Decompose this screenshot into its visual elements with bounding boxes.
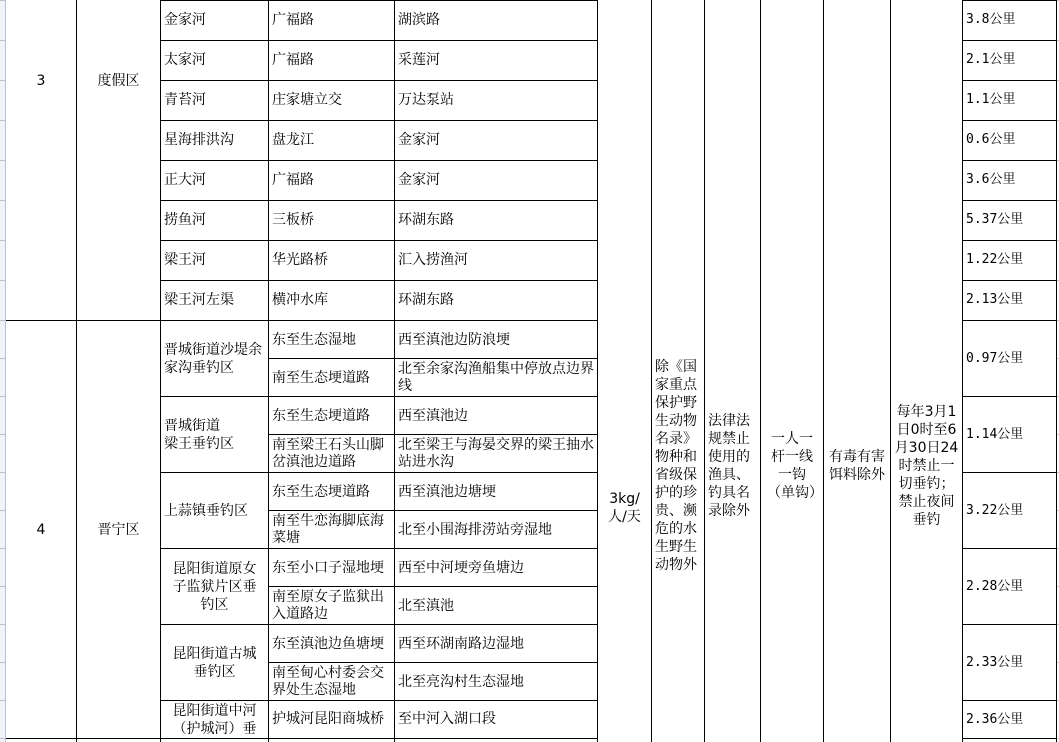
length[interactable]: 2.1公里 [963,40,1056,80]
river-name[interactable]: 星海排洪沟 [161,120,268,160]
fishing-area-name[interactable]: 上蒜镇垂钓区 [161,473,268,549]
bound-west-north[interactable]: 北至余家沟渔船集中停放点边界线 [395,359,597,397]
grid-line [160,624,597,625]
grid-line [597,0,598,742]
grid-line [160,700,597,701]
end-point[interactable]: 环湖东路 [395,200,597,240]
fishing-area-name[interactable]: 昆阳街道原女子监狱片区垂钓区 [161,549,268,625]
bound-west-north[interactable]: 北至亮沟村生态湿地 [395,663,597,701]
bound-east-south[interactable]: 南至原女子监狱出入道路边 [269,587,394,625]
row-header-divider [0,0,5,1]
river-name[interactable]: 金家河 [161,0,268,40]
end-point[interactable]: 万达泵站 [395,80,597,120]
grid-line [651,0,652,742]
row-header-divider [0,548,5,549]
grid-line [394,0,395,742]
grid-line [962,120,1057,121]
row-header-divider [0,396,5,397]
end-point[interactable]: 金家河 [395,120,597,160]
bound-east-south[interactable]: 东至滇池边鱼塘埂 [269,625,394,663]
grid-line [890,0,891,742]
grid-line [962,160,1057,161]
bound-west-north[interactable]: 西至中河埂旁鱼塘边 [395,549,597,587]
length[interactable]: 2.28公里 [963,549,1056,625]
end-point[interactable]: 金家河 [395,160,597,200]
end-point[interactable]: 湖滨路 [395,0,597,40]
bound-east-south[interactable]: 南至牛恋海脚底海菜塘 [269,511,394,549]
grid-line [160,396,597,397]
row-header-divider [0,738,5,739]
grid-line [962,700,1057,701]
bound-east-south[interactable]: 东至生态埂道路 [269,473,394,511]
end-point[interactable]: 环湖东路 [395,280,597,320]
grid-line [962,40,1057,41]
bound-west-north[interactable]: 至中河入湖口段 [395,701,597,738]
grid-line [962,396,1057,397]
grid-line [962,548,1057,549]
length[interactable]: 1.22公里 [963,240,1056,280]
bound-west-north[interactable]: 西至滇池边 [395,397,597,435]
row-header-divider [0,280,5,281]
grid-line [160,160,597,161]
length[interactable]: 2.33公里 [963,625,1056,701]
grid-line [962,0,963,742]
grid-line [160,472,597,473]
grid-line [6,738,597,739]
length[interactable]: 0.97公里 [963,321,1056,397]
length[interactable]: 2.13公里 [963,280,1056,320]
grid-line [160,80,597,81]
grid-line [268,0,269,742]
length[interactable]: 1.1公里 [963,80,1056,120]
row-header-divider [0,472,5,473]
row-header-divider [0,700,5,701]
start-point[interactable]: 庄家塘立交 [269,80,394,120]
river-name[interactable]: 青苔河 [161,80,268,120]
group-index: 4 [6,321,76,738]
row-header-divider [0,320,5,321]
row-header-divider [0,358,5,359]
season-rule: 每年3月1日0时至6月30日24时禁止一切垂钓；禁止夜间垂钓 [891,0,962,742]
grid-line [160,548,597,549]
length[interactable]: 2.36公里 [963,701,1056,738]
river-name[interactable]: 梁王河 [161,240,268,280]
start-point[interactable]: 广福路 [269,40,394,80]
district-name: 度假区 [77,0,160,162]
grid-line [962,280,1057,281]
grid-line [704,0,705,742]
grid-line [962,240,1057,241]
bound-west-north[interactable]: 北至滇池 [395,587,597,625]
fishing-area-name[interactable]: 昆阳街道古城垂钓区 [161,625,268,701]
grid-line [160,240,597,241]
grid-line [268,662,597,663]
group-index: 3 [6,0,76,162]
grid-line [6,320,597,321]
grid-line [160,280,597,281]
protected-species-rule: 除《国家重点保护野生动物名录》物种和省级保护的珍贵、濒危的水生野生动物外 [652,0,704,742]
bound-east-south[interactable]: 南至甸心村委会交界处生态湿地 [269,663,394,701]
row-header-divider [0,240,5,241]
length[interactable]: 3.6公里 [963,160,1056,200]
bait-rule: 有毒有害饵料除外 [824,0,890,742]
grid-line [962,738,1057,739]
start-point[interactable]: 三板桥 [269,200,394,240]
fishing-area-name[interactable]: 晋城街道 梁王垂钓区 [161,397,268,473]
length[interactable]: 0.6公里 [963,120,1056,160]
grid-line [962,472,1057,473]
length[interactable]: 3.8公里 [963,0,1056,40]
start-point[interactable]: 盘龙江 [269,120,394,160]
row-header-divider [0,624,5,625]
grid-line [962,80,1057,81]
grid-line [962,0,1057,1]
bound-west-north[interactable]: 北至小围海排涝站旁湿地 [395,511,597,549]
length[interactable]: 5.37公里 [963,200,1056,240]
grid-line [962,200,1057,201]
bound-west-north[interactable]: 西至环湖南路边湿地 [395,625,597,663]
start-point[interactable]: 广福路 [269,0,394,40]
gear-rule: 法律法规禁止使用的渔具、钓具名录除外 [705,0,760,742]
bound-east-south[interactable]: 护城河昆阳商城桥 [269,701,394,738]
rod-rule: 一人一杆一线一钩（单钩） [761,0,823,742]
bound-east-south[interactable]: 南至生态埂道路 [269,359,394,397]
bound-east-south[interactable]: 东至生态埂道路 [269,397,394,435]
grid-line [160,0,597,1]
bound-west-north[interactable]: 北至梁王与海晏交界的梁王抽水站进水沟 [395,435,597,473]
row-header-divider [0,160,5,161]
start-point[interactable]: 广福路 [269,160,394,200]
grid-line [268,358,597,359]
district-name: 晋宁区 [77,321,160,738]
grid-line [823,0,824,742]
end-point[interactable]: 采莲河 [395,40,597,80]
length[interactable]: 1.14公里 [963,397,1056,473]
catch-limit: 3kg/人/天 [598,0,651,742]
river-name[interactable]: 梁王河左渠 [161,280,268,320]
bound-west-north[interactable]: 西至滇池边塘埂 [395,473,597,511]
row-header-divider [0,662,5,663]
length[interactable]: 3.22公里 [963,473,1056,549]
river-name[interactable]: 正大河 [161,160,268,200]
grid-line [160,200,597,201]
row-header-divider [0,120,5,121]
bound-east-south[interactable]: 东至生态湿地 [269,321,394,359]
grid-line [962,624,1057,625]
start-point[interactable]: 华光路桥 [269,240,394,280]
river-name[interactable]: 太家河 [161,40,268,80]
fishing-area-name[interactable]: 晋城街道沙堤余家沟垂钓区 [161,321,268,397]
row-header-divider [0,80,5,81]
grid-line [160,40,597,41]
fishing-area-name[interactable]: 昆阳街道中河（护城河）垂 [161,701,268,738]
row-header-divider [0,434,5,435]
grid-line [268,434,597,435]
grid-line [268,510,597,511]
grid-line [760,0,761,742]
bound-east-south[interactable]: 东至小口子湿地埂 [269,549,394,587]
grid-line [160,0,161,742]
grid-line [160,120,597,121]
grid-line [1056,0,1057,742]
row-header-divider [0,586,5,587]
bound-west-north[interactable]: 西至滇池边防浪埂 [395,321,597,359]
row-header-divider [0,40,5,41]
row-header-divider [0,200,5,201]
start-point[interactable]: 横冲水库 [269,280,394,320]
row-header-divider [0,510,5,511]
end-point[interactable]: 汇入捞渔河 [395,240,597,280]
river-name[interactable]: 捞鱼河 [161,200,268,240]
grid-line [268,586,597,587]
bound-east-south[interactable]: 南至梁王石头山脚岔滇池边道路 [269,435,394,473]
grid-line [76,0,77,742]
grid-line [962,320,1057,321]
